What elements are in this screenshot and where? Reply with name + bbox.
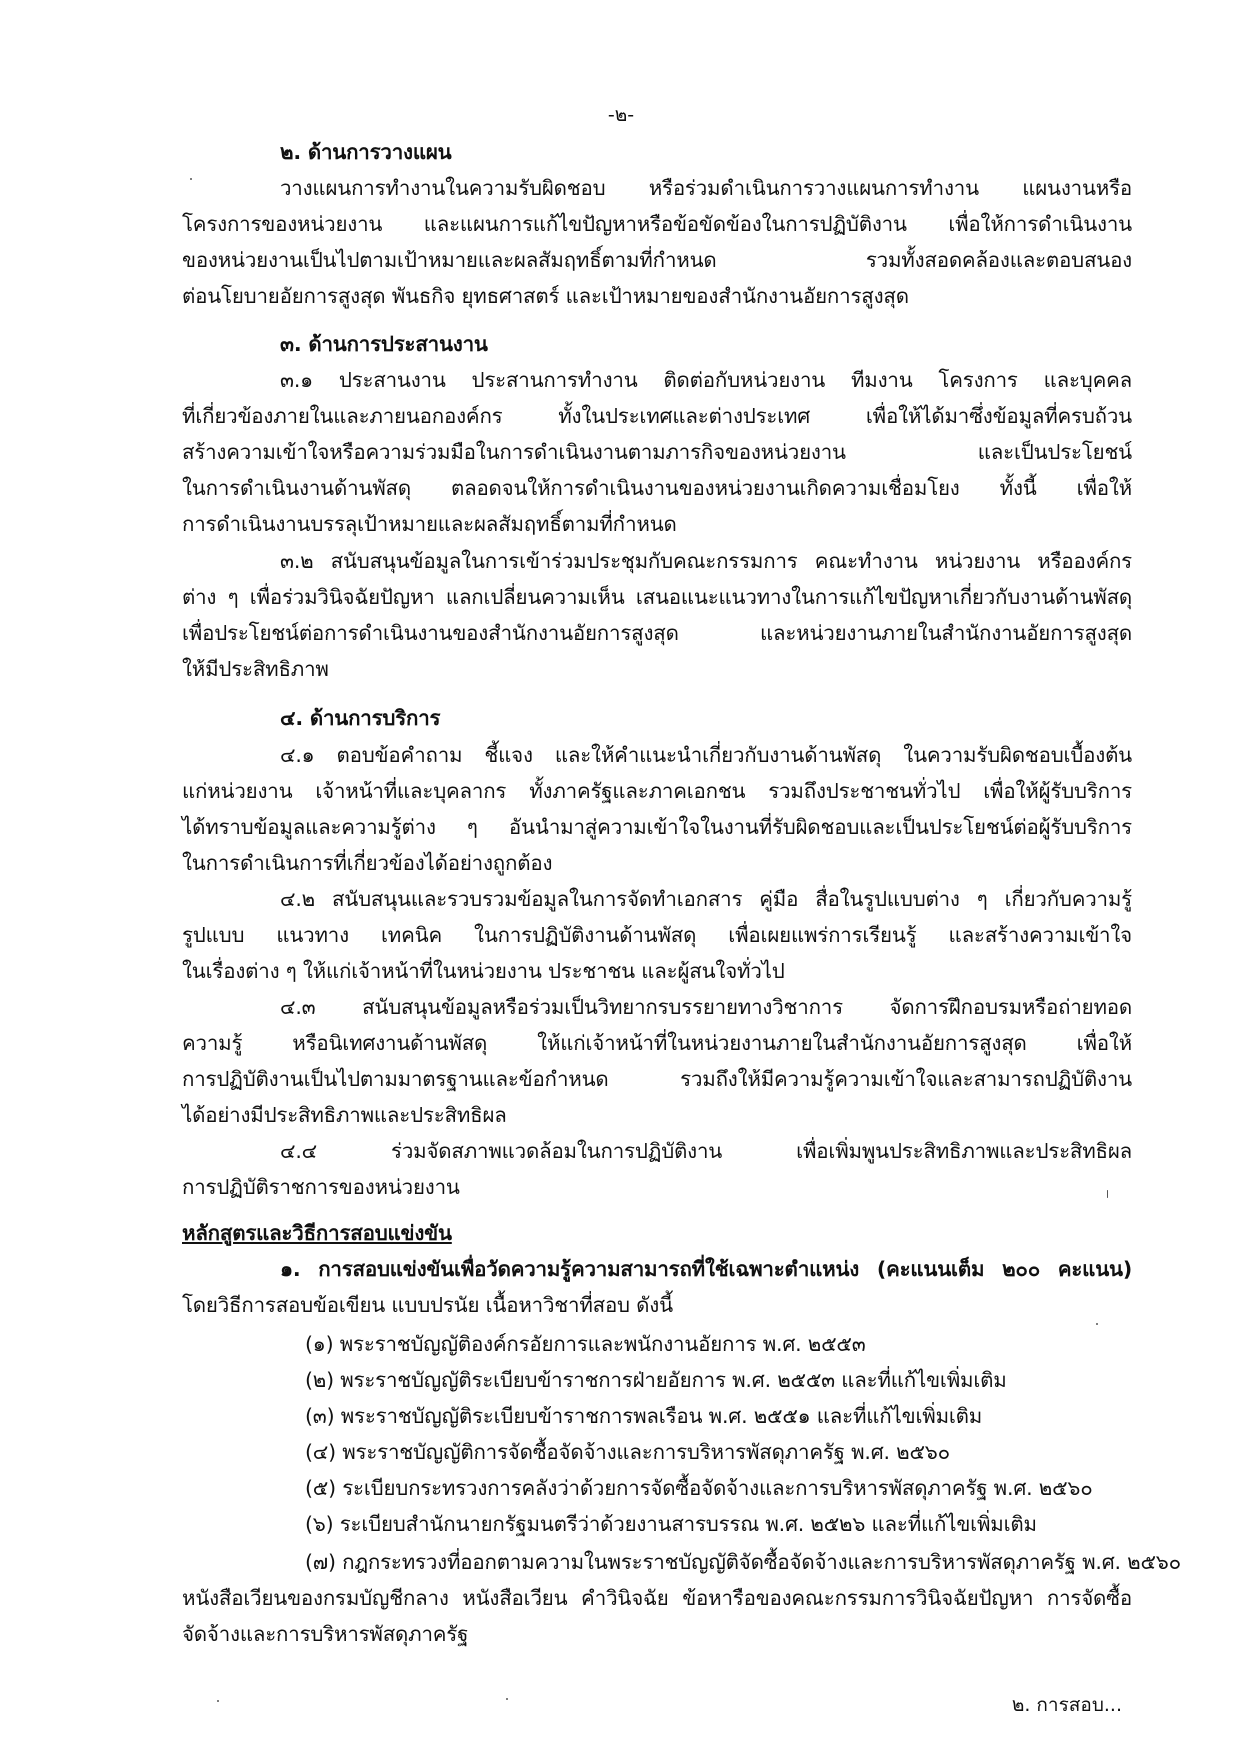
exam-title: ๑. การสอบแข่งขันเพื่อวัดความรู้ความสามาร… bbox=[280, 1251, 1132, 1287]
paragraph-line: ๓.๒ สนับสนุนข้อมูลในการเข้าร่วมประชุมกับ… bbox=[280, 543, 1132, 579]
paragraph-line: สร้างความเข้าใจหรือความร่วมมือในการดำเนิ… bbox=[182, 434, 1132, 470]
paragraph-line: โครงการของหน่วยงาน และแผนการแก้ไขปัญหาหร… bbox=[182, 206, 1132, 242]
scan-speck bbox=[217, 1700, 219, 1702]
paragraph-line: ๓.๑ ประสานงาน ประสานการทำงาน ติดต่อกับหน… bbox=[280, 362, 1132, 398]
paragraph-line: การปฏิบัติราชการของหน่วยงาน bbox=[182, 1169, 1132, 1205]
paragraph-line: ของหน่วยงานเป็นไปตามเป้าหมายและผลสัมฤทธิ… bbox=[182, 242, 1132, 278]
paragraph-line: ๔.๒ สนับสนุนและรวบรวมข้อมูลในการจัดทำเอก… bbox=[280, 881, 1132, 917]
subject-item: (๑) พระราชบัญญัติองค์กรอัยการและพนักงานอ… bbox=[305, 1326, 1132, 1362]
subject-item: (๕) ระเบียบกระทรวงการคลังว่าด้วยการจัดซื… bbox=[305, 1470, 1132, 1506]
paragraph-line: วางแผนการทำงานในความรับผิดชอบ หรือร่วมดำ… bbox=[280, 170, 1132, 206]
paragraph-line: ต่อนโยบายอัยการสูงสุด พันธกิจ ยุทธศาสตร์… bbox=[182, 278, 1132, 314]
paragraph-line: จัดจ้างและการบริหารพัสดุภาครัฐ bbox=[182, 1616, 1132, 1652]
paragraph-line: รูปแบบ แนวทาง เทคนิค ในการปฏิบัติงานด้าน… bbox=[182, 917, 1132, 953]
scan-speck bbox=[1096, 1323, 1098, 1325]
paragraph-line: ๔.๑ ตอบข้อคำถาม ชี้แจง และให้คำแนะนำเกี่… bbox=[280, 737, 1132, 773]
paragraph-line: ที่เกี่ยวข้องภายในและภายนอกองค์กร ทั้งใน… bbox=[182, 398, 1132, 434]
paragraph-line: ในเรื่องต่าง ๆ ให้แก่เจ้าหน้าที่ในหน่วยง… bbox=[182, 953, 1132, 989]
paragraph-line: ๔.๓ สนับสนุนข้อมูลหรือร่วมเป็นวิทยากรบรร… bbox=[280, 989, 1132, 1025]
exam-method: โดยวิธีการสอบข้อเขียน แบบปรนัย เนื้อหาวิ… bbox=[182, 1287, 1132, 1323]
paragraph-line: ความรู้ หรือนิเทศงานด้านพัสดุ ให้แก่เจ้า… bbox=[182, 1025, 1132, 1061]
subject-item: (๒) พระราชบัญญัติระเบียบข้าราชการฝ่ายอัย… bbox=[305, 1362, 1132, 1398]
document-page: -๒- ๒. ด้านการวางแผน วางแผนการทำงานในควา… bbox=[0, 0, 1242, 1754]
scan-speck bbox=[506, 1698, 508, 1700]
scan-speck bbox=[1107, 1190, 1108, 1198]
section-heading-coordination: ๓. ด้านการประสานงาน bbox=[280, 326, 1230, 362]
paragraph-line: แก่หน่วยงาน เจ้าหน้าที่และบุคลากร ทั้งภา… bbox=[182, 773, 1132, 809]
paragraph-line: เพื่อประโยชน์ต่อการดำเนินงานของสำนักงานอ… bbox=[182, 615, 1132, 651]
paragraph-line: ในการดำเนินการที่เกี่ยวข้องได้อย่างถูกต้… bbox=[182, 845, 1132, 881]
section-heading-curriculum: หลักสูตรและวิธีการสอบแข่งขัน bbox=[182, 1215, 1132, 1251]
section-heading-planning: ๒. ด้านการวางแผน bbox=[280, 134, 1230, 170]
paragraph-line: ต่าง ๆ เพื่อร่วมวินิจฉัยปัญหา แลกเปลี่ยน… bbox=[182, 579, 1132, 615]
subject-item: (๔) พระราชบัญญัติการจัดซื้อจัดจ้างและการ… bbox=[305, 1434, 1132, 1470]
continuation-marker: ๒. การสอบ... bbox=[1012, 1690, 1122, 1720]
paragraph-line: ในการดำเนินงานด้านพัสดุ ตลอดจนให้การดำเน… bbox=[182, 470, 1132, 506]
paragraph-line: ได้อย่างมีประสิทธิภาพและประสิทธิผล bbox=[182, 1097, 1132, 1133]
subject-item: (๖) ระเบียบสำนักนายกรัฐมนตรีว่าด้วยงานสา… bbox=[305, 1506, 1132, 1542]
paragraph-line: ๔.๔ ร่วมจัดสภาพแวดล้อมในการปฏิบัติงาน เพ… bbox=[280, 1133, 1132, 1169]
subject-item: (๓) พระราชบัญญัติระเบียบข้าราชการพลเรือน… bbox=[305, 1398, 1132, 1434]
scan-speck bbox=[190, 178, 192, 180]
page-number: -๒- bbox=[0, 100, 1242, 130]
paragraph-line: ได้ทราบข้อมูลและความรู้ต่าง ๆ อันนำมาสู่… bbox=[182, 809, 1132, 845]
subject-item: (๗) กฎกระทรวงที่ออกตามความในพระราชบัญญัต… bbox=[305, 1544, 1132, 1580]
paragraph-line: ให้มีประสิทธิภาพ bbox=[182, 651, 1132, 687]
paragraph-line: หนังสือเวียนของกรมบัญชีกลาง หนังสือเวียน… bbox=[182, 1580, 1132, 1616]
paragraph-line: การดำเนินงานบรรลุเป้าหมายและผลสัมฤทธิ์ตา… bbox=[182, 506, 1132, 542]
paragraph-line: การปฏิบัติงานเป็นไปตามมาตรฐานและข้อกำหนด… bbox=[182, 1061, 1132, 1097]
section-heading-service: ๔. ด้านการบริการ bbox=[280, 700, 1230, 736]
